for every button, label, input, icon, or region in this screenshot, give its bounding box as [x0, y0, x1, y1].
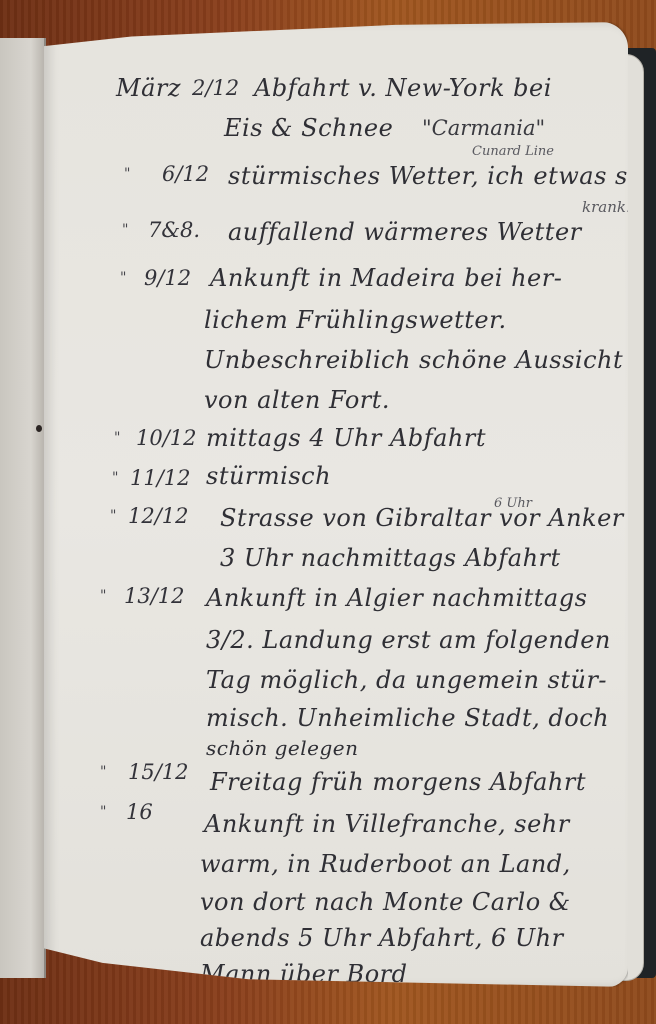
ditto-mark: "	[110, 508, 116, 524]
entry-date: 7&8.	[148, 218, 200, 242]
entry-line: auffallend wärmeres Wetter	[228, 218, 582, 246]
entry-line: Tag möglich, da ungemein stür-	[206, 666, 607, 694]
entry-line: Abfahrt v. New-York bei	[254, 74, 552, 102]
entry-date: 12/12	[128, 504, 189, 528]
ditto-mark: "	[100, 764, 106, 780]
ship-name: "Carmania"	[422, 116, 545, 140]
entry-date: 13/12	[124, 584, 185, 608]
entry-line: Unbeschreiblich schöne Aussicht	[204, 346, 623, 374]
entry-line: lichem Frühlingswetter.	[204, 306, 507, 334]
entry-line: 3/2. Landung erst am folgenden	[206, 626, 611, 654]
entry-line: schön gelegen	[206, 736, 359, 760]
ship-line-note: Cunard Line	[472, 144, 554, 159]
entry-line: von alten Fort.	[204, 386, 390, 414]
entry-line: stürmisch	[206, 462, 331, 490]
ditto-mark: "	[112, 470, 118, 486]
entry-date: 15/12	[128, 760, 189, 784]
entry-date: 16	[126, 800, 153, 824]
diary-page: März 2/12 Abfahrt v. New-York bei Eis & …	[44, 22, 628, 987]
entry-line: Strasse von Gibraltar vor Anker	[220, 504, 624, 532]
ditto-mark: "	[114, 430, 120, 446]
ditto-mark: "	[122, 222, 128, 238]
entry-line: Freitag früh morgens Abfahrt	[210, 768, 586, 796]
entry-line: Ankunft in Madeira bei her-	[210, 264, 562, 292]
ditto-mark: "	[100, 804, 106, 820]
entry-date: 10/12	[136, 426, 197, 450]
entry-line: krank.	[582, 198, 631, 216]
entry-line: 3 Uhr nachmittags Abfahrt	[220, 544, 561, 572]
ink-spot	[36, 425, 42, 432]
time-insert: 6 Uhr	[494, 496, 532, 511]
entry-line: stürmisches Wetter, ich etwas se-	[228, 162, 651, 190]
ditto-mark: "	[124, 166, 130, 182]
entry-line: Ankunft in Algier nachmittags	[206, 584, 587, 612]
entry-date: 11/12	[130, 466, 191, 490]
facing-page-edge	[0, 38, 46, 978]
entry-line: Eis & Schnee	[224, 114, 393, 142]
entry-date: 6/12	[162, 162, 209, 186]
entry-line: warm, in Ruderboot an Land,	[200, 850, 571, 878]
entry-date: 2/12	[192, 76, 239, 100]
entry-line: Ankunft in Villefranche, sehr	[204, 810, 570, 838]
month-label: März	[116, 74, 181, 102]
entry-date: 9/12	[144, 266, 191, 290]
entry-line: misch. Unheimliche Stadt, doch	[206, 704, 609, 732]
entry-line: abends 5 Uhr Abfahrt, 6 Uhr	[200, 924, 564, 952]
ditto-mark: "	[120, 270, 126, 286]
ditto-mark: "	[100, 588, 106, 604]
entry-line: mittags 4 Uhr Abfahrt	[206, 424, 486, 452]
diary-entries: März 2/12 Abfahrt v. New-York bei Eis & …	[44, 22, 628, 987]
entry-line: von dort nach Monte Carlo &	[200, 888, 571, 916]
